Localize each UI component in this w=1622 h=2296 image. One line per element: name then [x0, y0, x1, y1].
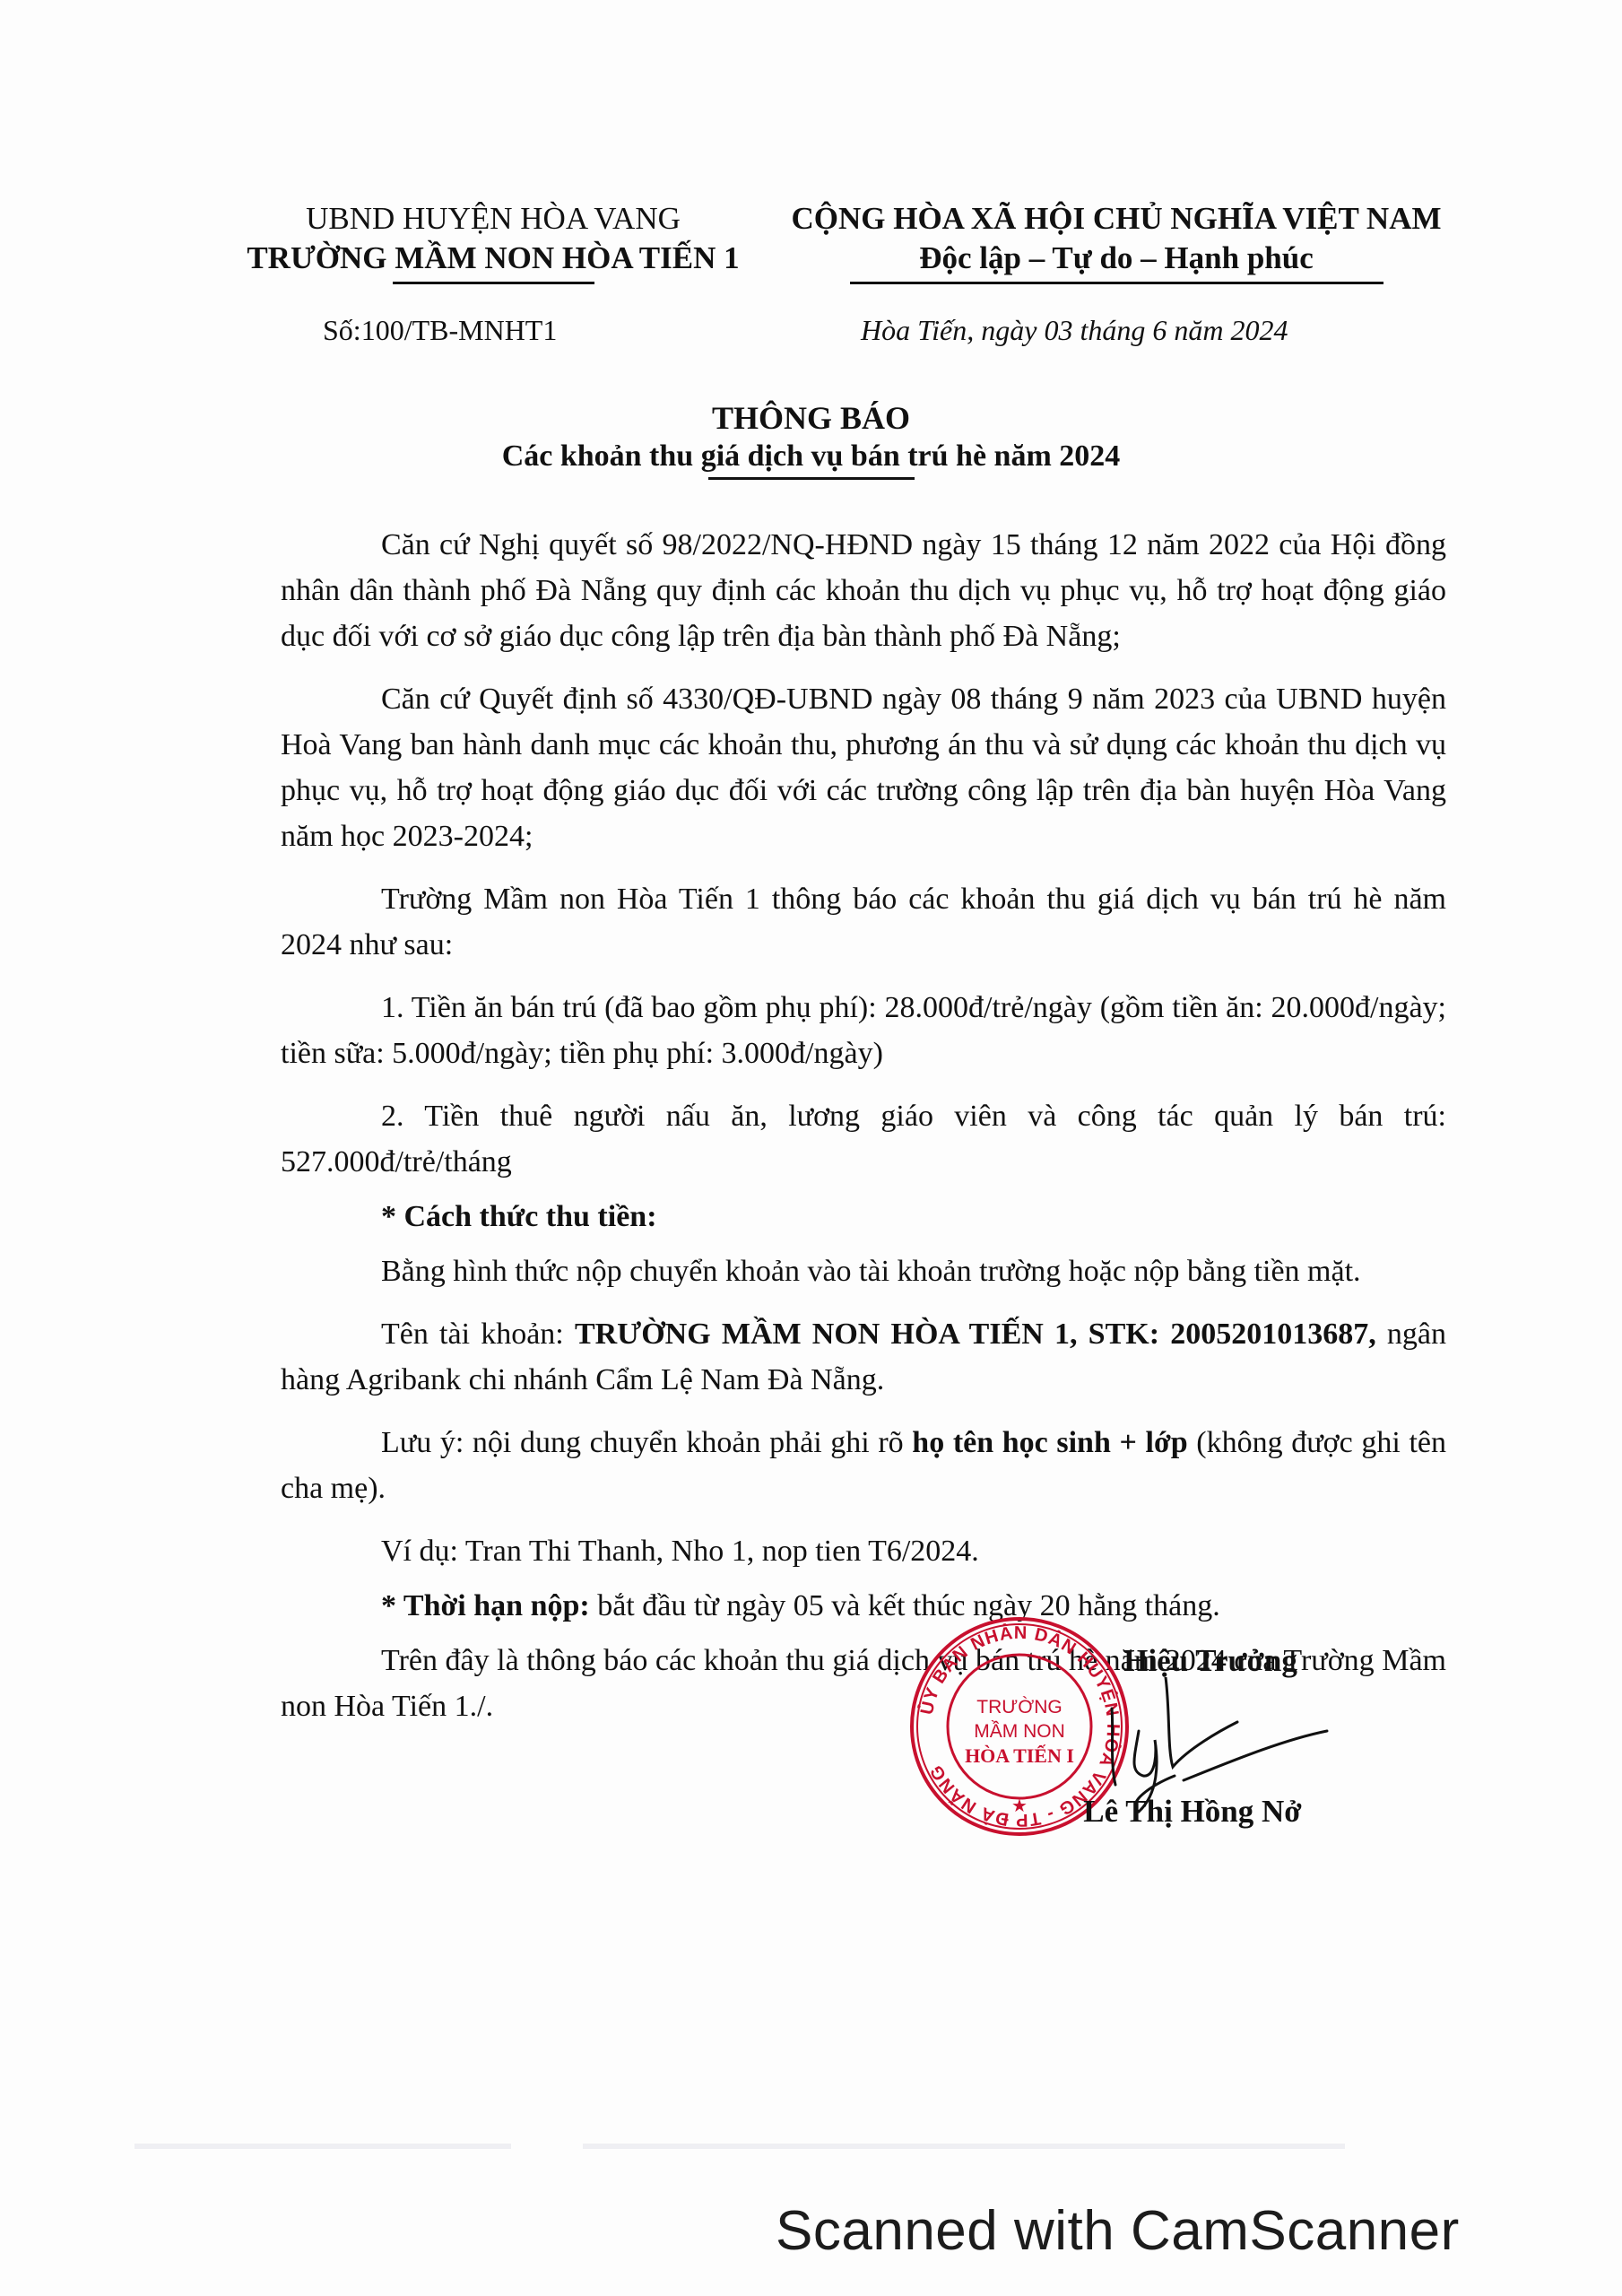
document-body: Căn cứ Nghị quyết số 98/2022/NQ-HĐND ngà… [281, 522, 1446, 1746]
national-motto-block: CỘNG HÒA XÃ HỘI CHỦ NGHĨA VIỆT NAM Độc l… [767, 199, 1466, 284]
payment-deadline: * Thời hạn nộp: bắt đầu từ ngày 05 và kế… [281, 1583, 1446, 1629]
signer-name: Lê Thị Hồng Nở [1058, 1794, 1327, 1830]
legal-basis-paragraph-2: Căn cứ Quyết định số 4330/QĐ-UBND ngày 0… [281, 676, 1446, 859]
transfer-note: Lưu ý: nội dung chuyển khoản phải ghi rõ… [281, 1420, 1446, 1511]
place-and-date: Hòa Tiến, ngày 03 tháng 6 năm 2024 [861, 314, 1288, 347]
legal-basis-paragraph-1: Căn cứ Nghị quyết số 98/2022/NQ-HĐND ngà… [281, 522, 1446, 659]
school-name: TRƯỜNG MẦM NON HÒA TIẾN 1 [229, 239, 758, 278]
motto-underline [850, 282, 1383, 284]
document-reference-number: Số:100/TB-MNHT1 [323, 314, 557, 347]
bank-account-info: Tên tài khoản: TRƯỜNG MẦM NON HÒA TIẾN 1… [281, 1311, 1446, 1403]
authority-name: UBND HUYỆN HÒA VANG [229, 199, 758, 239]
stamp-star-icon: ★ [1011, 1796, 1028, 1816]
country-name: CỘNG HÒA XÃ HỘI CHỦ NGHĨA VIỆT NAM [767, 199, 1466, 239]
issuing-authority-block: UBND HUYỆN HÒA VANG TRƯỜNG MẦM NON HÒA T… [229, 199, 758, 284]
scan-artifact-line [583, 2144, 1345, 2149]
camscanner-watermark: Scanned with CamScanner [776, 2199, 1460, 2263]
document-subtitle: Các khoản thu giá dịch vụ bán trú hè năm… [0, 439, 1622, 480]
deadline-label: * Thời hạn nộp: [381, 1589, 590, 1622]
note-bold: họ tên học sinh + lớp [912, 1426, 1187, 1459]
national-motto: Độc lập – Tự do – Hạnh phúc [767, 239, 1466, 278]
school-name-underline [393, 282, 594, 284]
subtitle-underline [708, 477, 915, 480]
scan-artifact-line [134, 2144, 511, 2149]
transfer-example: Ví dụ: Tran Thi Thanh, Nho 1, nop tien T… [281, 1528, 1446, 1574]
signer-title: Hiệu Trưởng [1058, 1643, 1363, 1679]
stamp-inner-line-1: TRƯỜNG [976, 1697, 1062, 1718]
announcement-intro: Trường Mầm non Hòa Tiến 1 thông báo các … [281, 876, 1446, 968]
fee-item-2: 2. Tiền thuê người nấu ăn, lương giáo vi… [281, 1093, 1446, 1185]
subtitle-text: Các khoản thu giá dịch vụ bán trú hè năm… [0, 439, 1622, 474]
stamp-inner-line-2: MẦM NON [974, 1721, 1065, 1742]
account-name-number: TRƯỜNG MẦM NON HÒA TIẾN 1, STK: 20052010… [575, 1318, 1376, 1351]
note-prefix: Lưu ý: nội dung chuyển khoản phải ghi rõ [381, 1426, 912, 1459]
fee-item-1: 1. Tiền ăn bán trú (đã bao gồm phụ phí):… [281, 985, 1446, 1076]
payment-method-heading: * Cách thức thu tiền: [281, 1194, 1446, 1239]
payment-method-text: Bằng hình thức nộp chuyển khoản vào tài … [281, 1248, 1446, 1294]
document-title: THÔNG BÁO [0, 399, 1622, 437]
stamp-inner-line-3: HÒA TIẾN I [965, 1744, 1074, 1767]
account-label: Tên tài khoản: [381, 1318, 575, 1351]
scanned-document-page: UBND HUYỆN HÒA VANG TRƯỜNG MẦM NON HÒA T… [0, 0, 1622, 2296]
